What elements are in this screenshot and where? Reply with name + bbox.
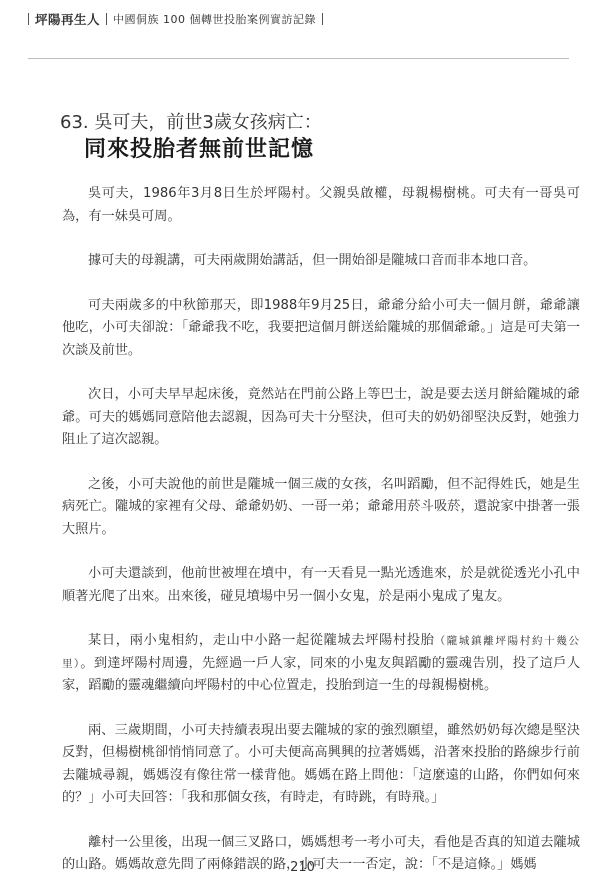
paragraph-text: 。到達坪陽村周邊，先經過一戶人家，同來的小鬼友與蹈勵的靈魂告別，投了這戶人家，蹈… (62, 656, 580, 694)
paragraph: 小可夫還談到，他前世被埋在墳中，有一天看見一點光透進來，於是就從透光小孔中順著光… (62, 563, 580, 608)
page-number: 210 (0, 860, 605, 875)
book-title: 坪陽再生人 (35, 10, 100, 28)
chapter-subtitle: 同來投胎者無前世記憶 (84, 132, 314, 163)
paragraph-text: 某日，兩小鬼相約，走山中小路一起從隴城去坪陽村投胎 (88, 633, 435, 648)
header-divider (106, 13, 107, 25)
header-divider (322, 13, 323, 25)
book-subtitle: 中國侗族 100 個轉世投胎案例實訪記錄 (113, 11, 316, 27)
paragraph: 某日，兩小鬼相約，走山中小路一起從隴城去坪陽村投胎（隴城鎮離坪陽村約十幾公里）。… (62, 630, 580, 698)
header-divider (28, 13, 29, 25)
paragraph: 吳可夫，1986年3月8日生於坪陽村。父親吳啟權，母親楊樹桃。可夫有一哥吳可為，… (62, 183, 580, 228)
chapter-title: 63. 吳可夫，前世3歲女孩病亡： (60, 108, 322, 134)
body-text: 吳可夫，1986年3月8日生於坪陽村。父親吳啟權，母親楊樹桃。可夫有一哥吳可為，… (62, 183, 580, 896)
paragraph: 據可夫的母親講，可夫兩歲開始講話，但一開始卻是隴城口音而非本地口音。 (62, 250, 580, 273)
paragraph: 之後，小可夫說他的前世是隴城一個三歲的女孩，名叫蹈勵，但不記得姓氏，她是生病死亡… (62, 474, 580, 542)
paragraph: 次日，小可夫早早起床後，竟然站在門前公路上等巴士，說是要去送月餅給隴城的爺爺。可… (62, 384, 580, 452)
running-header: 坪陽再生人 中國侗族 100 個轉世投胎案例實訪記錄 (28, 10, 323, 28)
header-rule (28, 58, 569, 59)
paragraph: 可夫兩歲多的中秋節那天，即1988年9月25日，爺爺分給小可夫一個月餅，爺爺讓他… (62, 295, 580, 363)
paragraph: 兩、三歲期間，小可夫持續表現出要去隴城的家的強烈願望，雖然奶奶每次總是堅決反對，… (62, 720, 580, 810)
